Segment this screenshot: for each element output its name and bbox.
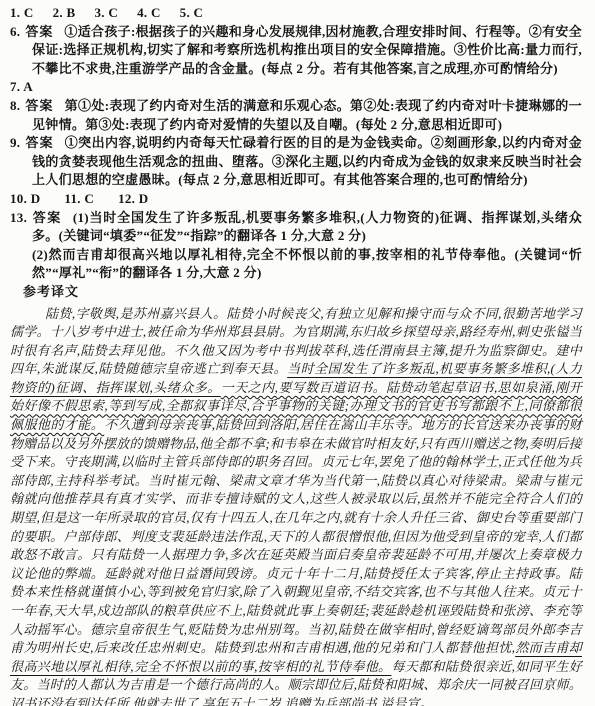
answer-item-9: 9.答案①突出内容,说明约内奇每天忙碌着行医的目的是为金钱卖命。②刻画形象,以约… [10,134,582,190]
answer-item-6: 6.答案①适合孩子:根据孩子的兴趣和身心发展规律,因材施教,合理安排时间、行程等… [10,23,582,79]
question-number: 7. [10,79,20,94]
answer-label: 答案 [32,210,62,225]
question-number: 13. [10,210,27,225]
answer-label: 答案 [25,24,53,39]
answer-key-section: 1. C 2. B 3. C 4. C 5. C 6.答案①适合孩子:根据孩子的… [10,4,582,302]
answer-item-13: 13.答案(1)当时全国发生了许多叛乱,机要事务繁多堆积,(人力物资的)征调、指… [10,209,582,283]
answer-item-8: 8.答案第①处:表现了约内奇对生活的满意和乐观心态。第②处:表现了约内奇对叶卡捷… [10,97,582,134]
translation-segment: 不久遭到母亲丧事,陆贽回到洛阳,居住在嵩山丰乐寺。地方的长官送来办丧事的财物赠品… [10,417,582,655]
question-number: 9. [10,135,20,150]
choice-answer: 2. B [53,4,76,23]
question-number: 6. [10,24,20,39]
answer-sheet-page: { "doc": { "answer_label": "答案", "choice… [0,0,595,706]
answer-translation-part-1: (1)当时全国发生了许多叛乱,机要事务繁多堆积,(人力物资的)征调、指挥谋划,头… [32,210,582,244]
answer-label: 答案 [25,135,53,150]
answer-item-7: 7. A [10,78,582,97]
question-number: 8. [10,98,20,113]
choice-answer: 4. C [137,4,161,23]
reference-translation-paragraph: 陆贽,字敬舆,是苏州嘉兴县人。陆贽小时候丧父,有独立见解和操守而与众不同,很勤苦… [10,305,582,706]
choice-answer: 11. C [64,190,94,209]
answer-text: 第①处:表现了约内奇对生活的满意和乐观心态。第②处:表现了约内奇对叶卡捷琳娜的一… [32,98,582,132]
choice-answer: 10. D [10,190,40,209]
choice-answer: 3. C [94,4,118,23]
reference-translation-heading: 参考译文 [23,283,582,302]
choice-answer: 12. D [118,190,148,209]
answer-letter: A [23,79,33,94]
answer-text: ①适合孩子:根据孩子的兴趣和身心发展规律,因材施教,合理安排时间、行程等。②有安… [32,24,582,76]
answer-text: ①突出内容,说明约内奇每天忙碌着行医的目的是为金钱卖命。②刻画形象,以约内奇对金… [32,135,582,187]
choice-answers-row-2: 10. D 11. C 12. D [10,190,582,209]
choice-answers-row-1: 1. C 2. B 3. C 4. C 5. C [10,4,582,23]
answer-label: 答案 [25,98,53,113]
choice-answer: 5. C [180,4,204,23]
answer-translation-part-2: (2)然而吉甫却很高兴地以厚礼相待,完全不怀恨以前的事,按宰相的礼节侍奉他。(关… [32,246,582,283]
choice-answer: 1. C [10,4,34,23]
